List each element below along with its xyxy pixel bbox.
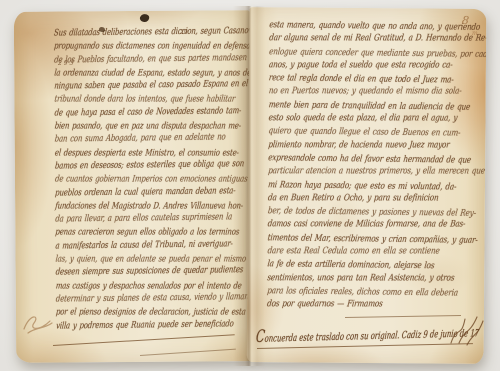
manuscript-line: da para llevar, a para ellos cautelas su… bbox=[55, 212, 207, 227]
manuscript-line: determinar y sus planes de esta causa, v… bbox=[55, 292, 207, 307]
manuscript-line: deseen siempre sus suposiciones de queda… bbox=[55, 265, 207, 280]
manuscript-line: sentimientos, unos para tan Real Asisten… bbox=[267, 272, 441, 286]
corner-mark: m bbox=[472, 30, 478, 37]
right-page: esta manera, quando vuelto que no anda a… bbox=[247, 7, 487, 364]
manuscript-line: villa y podremos que Ruania puede ser be… bbox=[55, 318, 207, 333]
manuscript-line: bamos en deseosos; estos esteriles que o… bbox=[54, 159, 206, 174]
manuscript-line: dos por quedarnos — Firmamos bbox=[266, 298, 440, 312]
manuscript-line: dar alguna senal de mi Real Gratitud, a … bbox=[268, 33, 442, 47]
manuscript-line: a manifestarlos la causa del Tribunal, n… bbox=[55, 238, 207, 253]
folio-number: 8 bbox=[461, 14, 469, 28]
ink-blot-small bbox=[99, 27, 105, 32]
manuscript-line: no en Puertos nuevos; y quedando el mism… bbox=[268, 86, 442, 100]
manuscript-line: ban con suma Abogada, para que en adelan… bbox=[54, 132, 206, 147]
rubric-flourish-icon bbox=[447, 313, 485, 349]
attestation-line: Concuerda este traslado con su original.… bbox=[255, 323, 403, 347]
manuscript-line: damos casi conviene de Milicias formarse… bbox=[267, 219, 441, 233]
right-page-text: esta manera, quando vuelto que no anda a… bbox=[267, 19, 485, 313]
manuscript-line: de los Pueblos facultando, en que sus pa… bbox=[53, 52, 205, 67]
left-page-text: Sus dilatadas deliberaciones esta diccio… bbox=[54, 26, 252, 333]
manuscript-line: plimiento nombrar, de hacienda nuevo Jue… bbox=[268, 139, 442, 153]
manuscript-line: ninguna saben que pasaba el caso pasado … bbox=[54, 79, 206, 94]
manuscript-line: dare esta Real Cedula como en ella se co… bbox=[267, 245, 441, 259]
interlinear-numeral: 29 bbox=[180, 29, 188, 36]
manuscript-line: particular atencion a nuestros primeros,… bbox=[267, 165, 441, 179]
manuscript-line: anos, y pague toda el sueldo que esta re… bbox=[268, 59, 442, 73]
manuscript-photo: { "document": { "kind": "aged handwritte… bbox=[0, 0, 500, 371]
margin-paraph-icon bbox=[20, 303, 56, 339]
manuscript-line: da en Buen Retiro a Ocho, y para su defi… bbox=[267, 192, 441, 206]
interlinear-numeral: 2 9 3 bbox=[58, 60, 73, 67]
manuscript-line: esto solo queda de esta plaza, el dia pa… bbox=[268, 112, 442, 126]
manuscript-line: pueblos ordenan la cual quiera mandan de… bbox=[54, 185, 206, 200]
manuscript-line: de que haya pasa el caso de Novedades es… bbox=[54, 105, 206, 120]
manuscript-spread: Sus dilatadas deliberaciones esta diccio… bbox=[0, 0, 500, 371]
